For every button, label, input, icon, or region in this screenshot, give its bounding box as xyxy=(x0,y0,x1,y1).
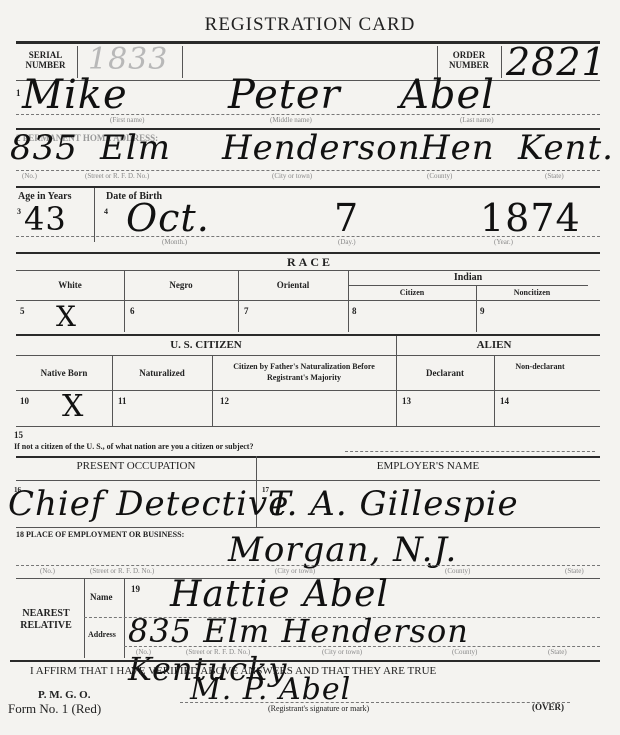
divider xyxy=(84,578,85,658)
relative-name-label: Name xyxy=(90,592,113,602)
order-label: ORDER NUMBER xyxy=(440,50,498,70)
race-col-negro: Negro xyxy=(124,280,238,290)
field-number: 10 xyxy=(20,396,29,406)
field-number: 3 xyxy=(17,207,21,216)
field-number: 1 xyxy=(16,88,21,98)
rule xyxy=(16,114,600,115)
dob-year: 1874 xyxy=(480,196,581,240)
middle-name-value: Peter xyxy=(228,72,341,118)
address-street: Elm xyxy=(100,128,171,168)
first-name-caption: (First name) xyxy=(110,116,144,124)
field-number: 4 xyxy=(104,207,108,216)
caption: (City or town) xyxy=(322,648,362,656)
field-number: 5 xyxy=(20,306,25,316)
rule xyxy=(16,527,600,528)
rule xyxy=(16,565,600,566)
signature-line xyxy=(180,702,570,703)
rule xyxy=(16,186,600,188)
rule xyxy=(16,390,600,391)
divider xyxy=(94,188,95,242)
field-number: 14 xyxy=(500,396,509,406)
rule xyxy=(10,660,600,662)
caption: (County) xyxy=(445,567,470,575)
divider xyxy=(182,46,183,78)
field-number: 8 xyxy=(352,306,357,316)
caption: (City or town) xyxy=(272,172,312,180)
rule xyxy=(16,236,600,237)
race-col-indian-citizen: Citizen xyxy=(348,288,476,297)
employer-value: T. A. Gillespie xyxy=(268,484,519,524)
cit-col-nondeclarant: Non-declarant xyxy=(500,361,580,372)
race-white-mark[interactable]: X xyxy=(56,300,77,333)
occupation-header: PRESENT OCCUPATION xyxy=(16,460,256,472)
rule xyxy=(16,252,600,254)
nation-question: If not a citizen of the U. S., of what n… xyxy=(14,442,253,451)
divider xyxy=(501,46,502,78)
field-number: 18 xyxy=(16,530,24,539)
caption: (Month.) xyxy=(162,238,187,246)
cit-col-naturalized: Naturalized xyxy=(112,368,212,378)
order-label-line1: ORDER xyxy=(440,50,498,60)
card-title: REGISTRATION CARD xyxy=(0,14,620,36)
us-citizen-header: U. S. CITIZEN xyxy=(16,339,396,351)
relative-name-value: Hattie Abel xyxy=(170,574,389,615)
order-label-line2: NUMBER xyxy=(440,60,498,70)
field-number: 19 xyxy=(131,584,140,594)
race-header: RACE xyxy=(0,255,620,270)
rule xyxy=(16,170,600,171)
footer-over: (OVER) xyxy=(532,702,564,712)
middle-name-caption: (Middle name) xyxy=(270,116,312,124)
caption: (State) xyxy=(548,648,567,656)
caption: (No.) xyxy=(40,567,55,575)
race-col-indian-noncitizen: Noncitizen xyxy=(476,288,588,297)
address-county: Hen xyxy=(420,128,495,168)
address-number: 835 xyxy=(10,128,78,168)
rule xyxy=(16,426,600,427)
caption: (State) xyxy=(565,567,584,575)
caption: (Street or R. F. D. No.) xyxy=(90,567,154,575)
caption: (County) xyxy=(452,648,477,656)
caption: (No.) xyxy=(136,648,151,656)
rule xyxy=(16,456,600,458)
rule xyxy=(348,285,588,286)
field-number: 12 xyxy=(220,396,229,406)
employment-place-label-text: PLACE OF EMPLOYMENT OR BUSINESS: xyxy=(26,530,184,539)
age-value: 43 xyxy=(24,200,67,238)
caption: (Day.) xyxy=(338,238,356,246)
caption: (Street or R. F. D. No.) xyxy=(85,172,149,180)
caption: (Year.) xyxy=(494,238,513,246)
cit-native-mark[interactable]: X xyxy=(62,389,84,424)
serial-label-line2: NUMBER xyxy=(18,60,73,70)
first-name-value: Mike xyxy=(22,72,128,118)
relative-address-label: Address xyxy=(88,630,116,639)
caption: (County) xyxy=(427,172,452,180)
nation-answer-line xyxy=(345,451,595,452)
serial-label: SERIAL NUMBER xyxy=(18,50,73,70)
address-city: Henderson xyxy=(222,128,421,168)
nearest-relative-line2: RELATIVE xyxy=(10,620,82,632)
cit-col-father: Citizen by Father's Naturalization Befor… xyxy=(220,361,388,383)
rule xyxy=(16,300,600,301)
field-number: 11 xyxy=(118,396,127,406)
alien-header: ALIEN xyxy=(396,339,592,351)
last-name-caption: (Last name) xyxy=(460,116,494,124)
nearest-relative-label: NEAREST RELATIVE xyxy=(10,608,82,632)
order-value: 2821 xyxy=(506,40,607,84)
rule xyxy=(124,646,600,647)
caption: (Street or R. F. D. No.) xyxy=(186,648,250,656)
serial-label-line1: SERIAL xyxy=(18,50,73,60)
caption: (State) xyxy=(545,172,564,180)
field-number: 6 xyxy=(130,306,135,316)
footer-form: Form No. 1 (Red) xyxy=(8,701,101,717)
race-indian-header: Indian xyxy=(348,272,588,283)
employment-place-city: Morgan, N.J. xyxy=(228,530,457,570)
employment-place-label: 18 PLACE OF EMPLOYMENT OR BUSINESS: xyxy=(16,530,184,539)
dob-month: Oct. xyxy=(126,196,210,240)
registration-card: REGISTRATION CARD SERIAL NUMBER 1833 ORD… xyxy=(0,0,620,735)
last-name-value: Abel xyxy=(400,72,495,118)
field-number: 13 xyxy=(402,396,411,406)
signature-caption: (Registrant's signature or mark) xyxy=(268,704,369,713)
address-state: Kent. xyxy=(518,128,614,168)
rule xyxy=(16,334,600,336)
race-col-white: White xyxy=(16,280,124,290)
cit-col-native: Native Born xyxy=(16,368,112,378)
footer-agency: P. M. G. O. xyxy=(38,689,90,701)
rule xyxy=(16,270,600,271)
field-number: 7 xyxy=(244,306,249,316)
cit-col-declarant: Declarant xyxy=(396,368,494,378)
occupation-value: Chief Detective xyxy=(8,484,289,524)
field-number: 9 xyxy=(480,306,485,316)
dob-day: 7 xyxy=(334,196,359,240)
race-col-oriental: Oriental xyxy=(238,280,348,290)
caption: (No.) xyxy=(22,172,37,180)
nearest-relative-line1: NEAREST xyxy=(10,608,82,620)
rule xyxy=(16,355,600,356)
employer-header: EMPLOYER'S NAME xyxy=(256,460,600,472)
rule xyxy=(16,480,600,481)
field-number: 15 xyxy=(14,430,23,440)
